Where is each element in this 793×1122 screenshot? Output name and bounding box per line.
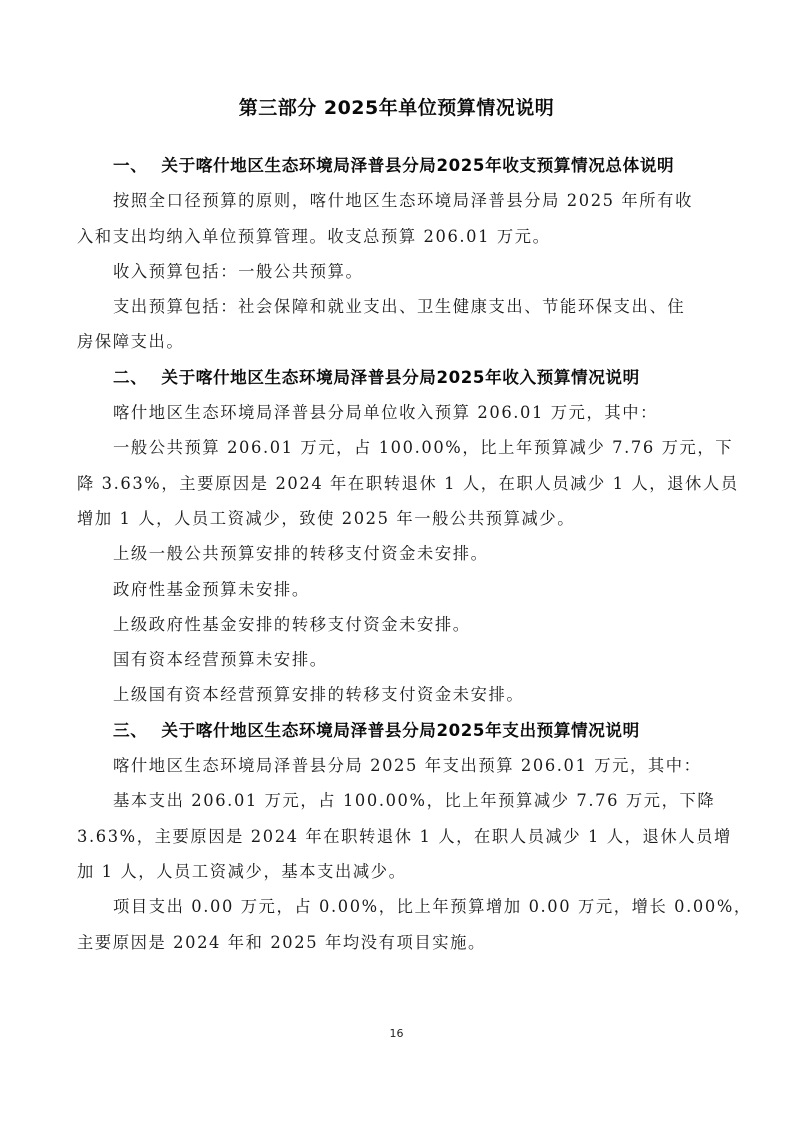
- paragraph-line: 基本支出 206.01 万元，占 100.00%，比上年预算减少 7.76 万元…: [77, 783, 703, 818]
- paragraph-line: 上级国有资本经营预算安排的转移支付资金未安排。: [77, 677, 703, 712]
- document-page: 第三部分 2025年单位预算情况说明 一、关于喀什地区生态环境局泽普县分局202…: [0, 0, 793, 1122]
- paragraph-line: 降 3.63%，主要原因是 2024 年在职转退休 1 人，在职人员减少 1 人…: [77, 466, 703, 501]
- section-heading-3: 三、关于喀什地区生态环境局泽普县分局2025年支出预算情况说明: [77, 713, 703, 748]
- paragraph-line: 项目支出 0.00 万元，占 0.00%，比上年预算增加 0.00 万元，增长 …: [77, 889, 703, 924]
- paragraph-line: 按照全口径预算的原则，喀什地区生态环境局泽普县分局 2025 年所有收: [77, 183, 703, 218]
- section-heading-1: 一、关于喀什地区生态环境局泽普县分局2025年收支预算情况总体说明: [77, 148, 703, 183]
- section-heading-text: 关于喀什地区生态环境局泽普县分局2025年收入预算情况说明: [161, 368, 639, 387]
- paragraph-line: 3.63%，主要原因是 2024 年在职转退休 1 人，在职人员减少 1 人，退…: [77, 819, 703, 854]
- section-heading-text: 关于喀什地区生态环境局泽普县分局2025年支出预算情况说明: [161, 721, 639, 740]
- section-number: 三、: [113, 713, 147, 748]
- page-title: 第三部分 2025年单位预算情况说明: [0, 94, 793, 122]
- paragraph-line: 喀什地区生态环境局泽普县分局单位收入预算 206.01 万元，其中：: [77, 395, 703, 430]
- paragraph-line: 政府性基金预算未安排。: [77, 572, 703, 607]
- paragraph-line: 国有资本经营预算未安排。: [77, 642, 703, 677]
- paragraph-line: 加 1 人，人员工资减少，基本支出减少。: [77, 854, 703, 889]
- paragraph-line: 房保障支出。: [77, 324, 703, 359]
- document-body: 一、关于喀什地区生态环境局泽普县分局2025年收支预算情况总体说明 按照全口径预…: [77, 148, 703, 960]
- paragraph-line: 上级一般公共预算安排的转移支付资金未安排。: [77, 536, 703, 571]
- page-number: 16: [0, 1027, 793, 1040]
- paragraph-line: 收入预算包括：一般公共预算。: [77, 254, 703, 289]
- paragraph-line: 主要原因是 2024 年和 2025 年均没有项目实施。: [77, 925, 703, 960]
- paragraph-line: 一般公共预算 206.01 万元，占 100.00%，比上年预算减少 7.76 …: [77, 430, 703, 465]
- paragraph-line: 支出预算包括：社会保障和就业支出、卫生健康支出、节能环保支出、住: [77, 289, 703, 324]
- section-number: 一、: [113, 148, 147, 183]
- section-heading-2: 二、关于喀什地区生态环境局泽普县分局2025年收入预算情况说明: [77, 360, 703, 395]
- paragraph-line: 上级政府性基金安排的转移支付资金未安排。: [77, 607, 703, 642]
- paragraph-line: 增加 1 人，人员工资减少，致使 2025 年一般公共预算减少。: [77, 501, 703, 536]
- paragraph-line: 入和支出均纳入单位预算管理。收支总预算 206.01 万元。: [77, 219, 703, 254]
- section-heading-text: 关于喀什地区生态环境局泽普县分局2025年收支预算情况总体说明: [161, 156, 674, 175]
- section-number: 二、: [113, 360, 147, 395]
- paragraph-line: 喀什地区生态环境局泽普县分局 2025 年支出预算 206.01 万元，其中：: [77, 748, 703, 783]
